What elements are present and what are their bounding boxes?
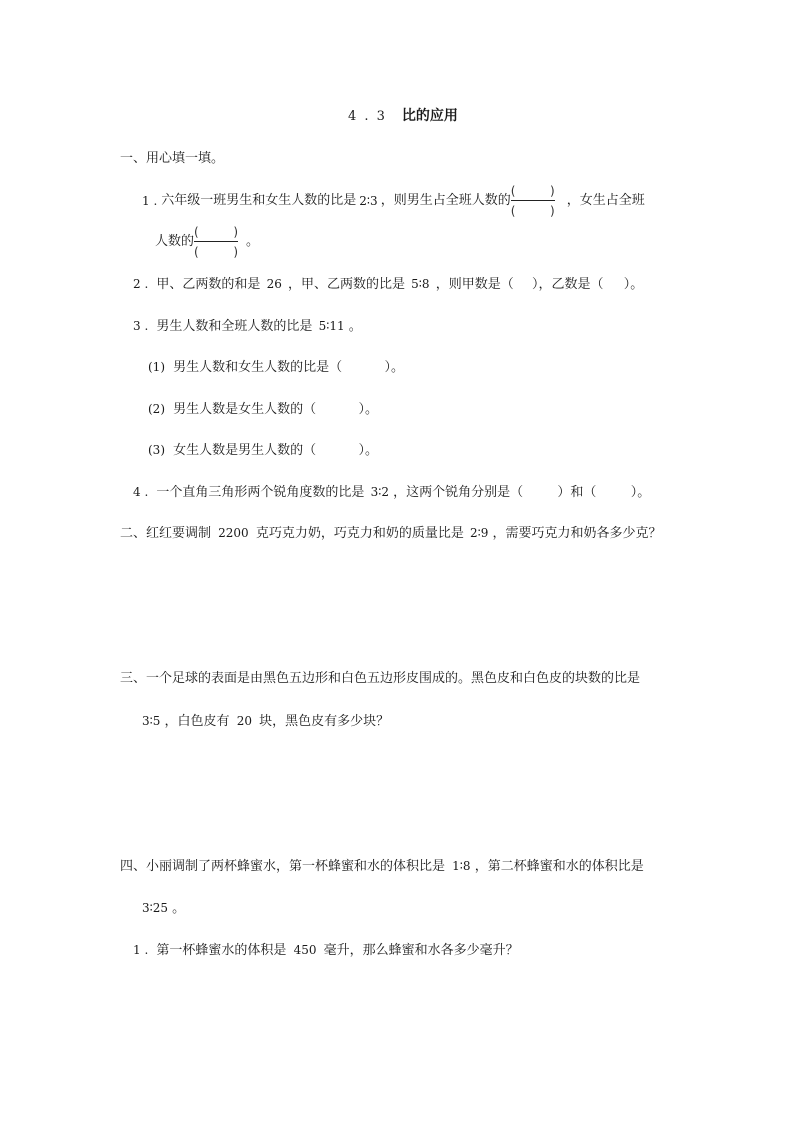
question-text: 男生人数是女生人数的（ [173, 402, 316, 417]
title-text: 比的应用 [402, 108, 458, 124]
question-4-1: 1 . 第一杯蜂蜜水的体积是 450 毫升，那么蜂蜜和水各多少毫升？ [133, 942, 519, 959]
volume-value: 450 [294, 943, 317, 957]
question-text: 六年级一班男生和女生人数的比是 [161, 193, 356, 209]
sub-label: (1) [148, 360, 165, 374]
question-1-3-sub-3: (3) 女生人数是男生人数的（ ）。 [148, 442, 378, 459]
question-text: ）。 [624, 277, 644, 292]
question-text: 男生人数和全班人数的比是 [156, 319, 312, 334]
ratio-value: 3∶5 [142, 714, 160, 728]
question-text: 块，黑色皮有多少块？ [259, 714, 389, 729]
question-1-3: 3 . 男生人数和全班人数的比是 5∶11 。 [133, 318, 362, 335]
question-text: ，第二杯蜂蜜和水的体积比是 [475, 859, 644, 874]
amount-value: 2200 [218, 526, 249, 540]
section-3-problem-cont: 3∶5 ，白色皮有 20 块，黑色皮有多少块？ [142, 713, 389, 730]
question-text: 男生人数和女生人数的比是（ [173, 360, 342, 375]
section-1-heading: 一、用心填一填。 [120, 151, 224, 167]
question-text: ，甲、乙两数的比是 [288, 277, 405, 292]
question-text: 毫升，那么蜂蜜和水各多少毫升？ [324, 943, 519, 958]
question-text: ，则男生占全班人数的 [381, 193, 511, 209]
question-text: 四、小丽调制了两杯蜂蜜水，第一杯蜂蜜和水的体积比是 [120, 859, 445, 874]
ratio-value: 3∶25 [142, 901, 168, 915]
question-text: ），乙数是（ [532, 277, 604, 292]
ratio-value: 5∶8 [411, 277, 429, 291]
question-text: 克巧克力奶，巧克力和奶的质量比是 [256, 526, 464, 541]
sum-value: 26 [267, 277, 282, 291]
question-text: ）和（ [557, 485, 596, 500]
question-1-3-sub-1: (1) 男生人数和女生人数的比是（ ）。 [148, 359, 404, 376]
fraction-blank-boys[interactable]: () () [511, 184, 555, 218]
question-text: 。 [172, 901, 185, 916]
question-text: 一个直角三角形两个锐角度数的比是 [156, 485, 364, 500]
page-title: 4 . 3 比的应用 [348, 108, 458, 125]
question-text: ，则甲数是（ [436, 277, 514, 292]
question-text: 甲、乙两数的和是 [156, 277, 260, 292]
question-1-3-sub-2: (2) 男生人数是女生人数的（ ）。 [148, 401, 378, 418]
question-text: ）。 [358, 402, 378, 417]
question-text: 。 [246, 234, 259, 250]
question-1-1: 1 . 六年级一班男生和女生人数的比是 2∶3 ，则男生占全班人数的 () ()… [142, 183, 645, 219]
ratio-value: 2∶9 [470, 526, 488, 540]
question-4-1-answer-area[interactable] [120, 970, 680, 1090]
question-label: 1 . [133, 943, 148, 957]
question-text: 人数的 [155, 234, 194, 250]
ratio-value: 3∶2 [371, 485, 389, 499]
ratio-value: 5∶11 [319, 319, 345, 333]
question-label: 2 . [133, 277, 148, 291]
question-1-2: 2 . 甲、乙两数的和是 26 ，甲、乙两数的比是 5∶8 ，则甲数是（ ），乙… [133, 276, 643, 293]
question-text: ）。 [358, 443, 378, 458]
question-text: 。 [349, 319, 362, 334]
question-text: ，这两个锐角分别是（ [393, 485, 523, 500]
section-4-problem-cont: 3∶25 。 [142, 900, 185, 917]
ratio-value: 1∶8 [452, 859, 470, 873]
question-text: ）。 [384, 360, 404, 375]
count-value: 20 [237, 714, 252, 728]
section-4-problem: 四、小丽调制了两杯蜂蜜水，第一杯蜂蜜和水的体积比是 1∶8 ，第二杯蜂蜜和水的体… [120, 858, 644, 875]
question-text: ，白色皮有 [165, 714, 230, 729]
question-text: ，需要巧克力和奶各多少克？ [493, 526, 662, 541]
question-text: 第一杯蜂蜜水的体积是 [156, 943, 286, 958]
fraction-blank-girls[interactable]: () () [194, 225, 238, 259]
question-1-1-cont: 人数的 () () 。 [155, 224, 259, 260]
question-1-4: 4 . 一个直角三角形两个锐角度数的比是 3∶2 ，这两个锐角分别是（ ）和（ … [133, 484, 650, 501]
section-2-problem: 二、红红要调制 2200 克巧克力奶，巧克力和奶的质量比是 2∶9 ，需要巧克力… [120, 525, 662, 542]
ratio-value: 2∶3 [359, 193, 377, 209]
question-label: 4 . [133, 485, 148, 499]
sub-label: (2) [148, 402, 165, 416]
question-text: 二、红红要调制 [120, 526, 211, 541]
question-label: 3 . [133, 319, 148, 333]
question-label: 1 . [142, 193, 157, 209]
question-text: ）。 [631, 485, 651, 500]
question-text: 女生人数是男生人数的（ [173, 443, 316, 458]
title-number: 4 . 3 [348, 109, 387, 124]
sub-label: (3) [148, 443, 165, 457]
question-text: ，女生占全班 [567, 193, 645, 209]
section-2-answer-area[interactable] [120, 550, 680, 650]
section-3-answer-area[interactable] [120, 740, 680, 840]
section-3-problem: 三、一个足球的表面是由黑色五边形和白色五边形皮围成的。黑色皮和白色皮的块数的比是 [120, 671, 640, 687]
